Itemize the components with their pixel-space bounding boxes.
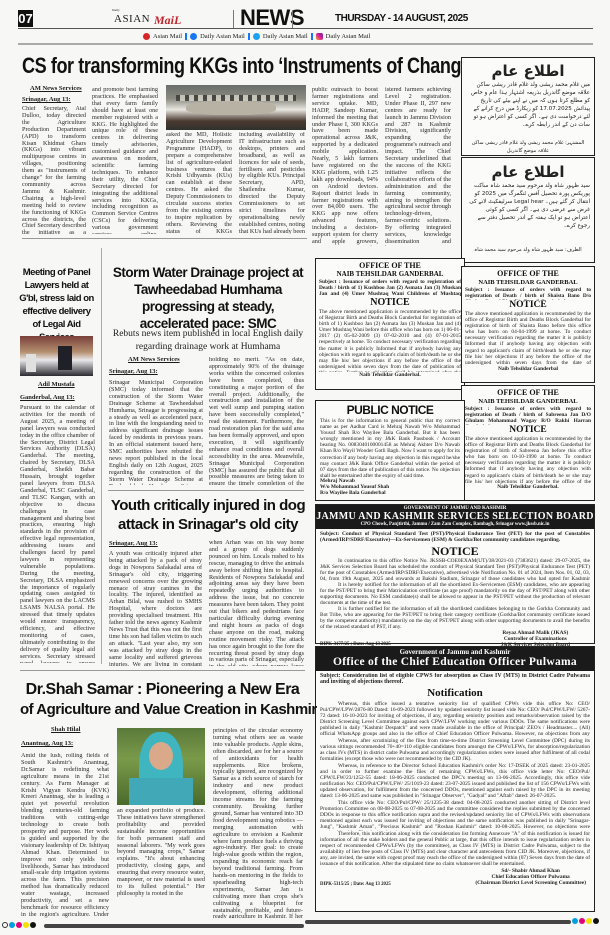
black-dot: [30, 922, 36, 928]
storm-water-col-2: holding no merit. "As on date, approxima…: [209, 357, 304, 485]
brand-small: Daily: [112, 8, 120, 12]
jkssb-address: CPO Chowk, Panjtirthi, Jammu / Zam Zam C…: [316, 522, 594, 527]
footer-bar-left: [44, 924, 304, 928]
urdu-notice-body: سید ظہور شاہ ولد مرحوم سید محمد شاہ ساکت…: [462, 182, 594, 246]
jkssb-para-2: It is hereby notified for the informatio…: [320, 582, 590, 606]
notice-signature: Naib Tehsildar Ganderbal: [465, 366, 591, 372]
urdu-notice-2: اطلاع عام سید ظہور شاہ ولد مرحوم سید محم…: [461, 157, 595, 263]
facebook-icon[interactable]: [190, 33, 197, 40]
notice-body: The above mentioned application is recom…: [465, 311, 591, 366]
urdu-notice-title: اطلاع عام: [462, 162, 594, 182]
panel-lawyers-headline: Meeting of Panel Lawyers held at G'bl, s…: [18, 266, 95, 344]
lead-photo-meeting: [166, 85, 306, 130]
shah-samar-dateline: Anantnag, Aug 13:: [21, 740, 73, 747]
ceo-subject: Subject: Consideration list of eligible …: [320, 673, 590, 686]
lead-dateline: Srinagar, Aug 13:: [22, 96, 71, 103]
registration-marks-left: [2, 922, 36, 928]
jkssb-notice-title: NOTICE: [320, 544, 590, 558]
ceo-para-5: Therefore, this notification along with …: [320, 831, 590, 868]
notice-office: OFFICE OF THE: [465, 388, 591, 397]
registration-marks-right: [572, 918, 599, 924]
public-notice: PUBLIC NOTICE This is for the informatio…: [315, 400, 465, 501]
instagram-icon[interactable]: [316, 33, 323, 40]
storm-water-dateline: Srinagar, Aug 13:: [109, 368, 158, 375]
notice-office-name: NAIB TEHSILDAR GANDERBAL: [465, 397, 591, 406]
ceo-para-1: Whereas, this office issued a tentative …: [320, 701, 590, 738]
public-notice-title: PUBLIC NOTICE: [320, 403, 460, 417]
storm-water-col-1: Srinagar Municipal Corporation (SMC) tod…: [109, 380, 203, 485]
storm-water-headline: Storm Water Drainage project at Tawheeda…: [108, 264, 308, 332]
social-link-instagram[interactable]: Daily Asian Mail: [326, 33, 371, 40]
ceo-pulwama-notice: Government of Jammu and Kashmir Office o…: [315, 646, 595, 912]
brand-name-part1: ASIAN: [114, 13, 150, 25]
panel-lawyers-body: Pursuant to the calendar of activities f…: [20, 405, 95, 663]
jkssb-title: JAMMU AND KASHMIR SERVICES SELECTION BOA…: [316, 511, 594, 522]
jkssb-header: GOVERNMENT OF JAMMU AND KASHMIR JAMMU AN…: [316, 505, 594, 529]
page-number-badge: 07: [18, 10, 33, 27]
panel-lawyers-photo: [20, 336, 93, 376]
lead-byline: AM News Services: [30, 85, 82, 92]
naib-notice-2: OFFICE OF THE NAIB TEHSILDAR GANDERBAL S…: [461, 266, 595, 383]
notice-office: OFFICE OF THE: [319, 261, 461, 270]
shah-samar-headline-2: of Agriculture and Value Creation in Kas…: [20, 700, 305, 719]
ceo-para-2: Whereas, after scrutinizing of the files…: [320, 738, 590, 763]
ceo-gov: Government of Jammu and Kashmir: [316, 648, 594, 656]
ceo-header: Government of Jammu and Kashmir Office o…: [316, 647, 594, 671]
public-notice-body: This is for the information to general p…: [320, 418, 460, 478]
masthead-rule-lower: [18, 43, 593, 45]
notice-subject: Subject : Issuance of orders with regard…: [319, 279, 461, 297]
panel-lawyers-byline: Adil Mustafa: [38, 381, 75, 388]
jkssb-para-3: It is further notified for the informati…: [320, 606, 590, 630]
public-notice-sign-address: R/o Wayilee Bala Ganderbal: [320, 490, 460, 496]
notice-subject: Subject : Issuance of orders with regard…: [465, 287, 591, 300]
divider: [292, 10, 293, 28]
separator: [185, 33, 187, 40]
urdu-notice-1: اطلاع عام میں غلام محمد ریشی ولد غلام قا…: [461, 57, 595, 156]
separator: [311, 33, 313, 40]
ceo-para-4: This office vide No: CEO/Pul/CPW/ 25/123…: [320, 800, 590, 831]
dog-attack-col-1: A youth was critically injured after bei…: [109, 551, 202, 666]
notice-title: NOTICE: [319, 297, 461, 309]
yellow-dot: [586, 918, 592, 924]
shah-samar-headline-1: Dr.Shah Samar : Pioneering a New Era: [20, 680, 305, 699]
notice-body: The above mentioned application is recom…: [319, 309, 461, 372]
social-bar: Asian Mail Daily Asian Mail Daily Asian …: [143, 31, 370, 41]
social-link-facebook[interactable]: Daily Asian Mail: [200, 33, 245, 40]
lead-col-1: Chief Secretary, Atal Dulloo, today dire…: [22, 106, 86, 234]
twitter-icon[interactable]: [253, 33, 260, 40]
yellow-dot: [23, 922, 29, 928]
urdu-notice-signature: المشتہر: غلام محمد ریشی ولد غلام قادر ری…: [462, 139, 594, 155]
urdu-notice-title: اطلاع عام: [462, 61, 594, 81]
magenta-dot: [16, 922, 22, 928]
ceo-sign-committee: (Chairman District Level Screening Commi…: [475, 880, 586, 886]
notice-office-name: NAIB TEHSILDAR GANDERBAL: [465, 278, 591, 287]
lead-col-6: istered farmers achieving Level 2 regist…: [385, 87, 451, 246]
naib-notice-3: OFFICE OF THE NAIB TEHSILDAR GANDERBAL S…: [461, 385, 595, 501]
dog-attack-dateline: Srinagar, Aug 13:: [109, 540, 158, 547]
ceo-notification-title: Notification: [320, 686, 590, 701]
notice-body: The above mentioned application is recom…: [465, 436, 591, 484]
notice-signature: Naib Tehsildar Ganderbal.: [319, 372, 461, 378]
naib-notice-1: OFFICE OF THE NAIB TEHSILDAR GANDERBAL S…: [315, 258, 465, 390]
footer-bar-right: [305, 920, 571, 924]
notice-title: NOTICE: [465, 425, 591, 436]
black-dot: [593, 918, 599, 924]
jkssb-notice: GOVERNMENT OF JAMMU AND KASHMIR JAMMU AN…: [315, 504, 595, 644]
notice-office: OFFICE OF THE: [465, 269, 591, 278]
page-number: 07: [18, 11, 32, 26]
storm-water-byline: AM News Services: [128, 356, 180, 363]
section-divider: [20, 670, 305, 671]
shah-samar-photo: [117, 728, 205, 805]
cyan-dot: [9, 922, 15, 928]
lead-col-4: including availability of IT infrastruct…: [239, 132, 305, 234]
ceo-ref: DIPK-5315/25 ; Date: Aug 13 2025: [320, 882, 391, 888]
section-divider: [108, 490, 304, 491]
notice-office-name: NAIB TEHSILDAR GANDERBAL: [319, 270, 461, 279]
separator: [248, 33, 250, 40]
urdu-notice-body: میں غلام محمد ریشی ولد غلام قادر ریشی سا…: [462, 81, 594, 139]
social-link-twitter[interactable]: Daily Asian Mail: [263, 33, 308, 40]
panel-lawyers-dateline: Ganderbal, Aug 13:: [20, 394, 75, 401]
lead-col-5: public outreach to boost farmer registra…: [312, 87, 378, 246]
urdu-notice-signature: الطرف: سید ظہور شاہ ولد مرحوم سید محمد ش…: [462, 246, 594, 254]
storm-water-subhead: Rebuts news item published in local Engl…: [108, 328, 308, 354]
jkssb-subject: Subject: Conduct of Physical Standard Te…: [320, 531, 590, 544]
lead-col-3: asked the MD, Holistic Agriculture Devel…: [166, 132, 232, 234]
column-rule: [101, 248, 102, 664]
ceo-para-3: Whereas, in reference to the Director Sc…: [320, 763, 590, 800]
brand-name-part2: MaiL: [154, 13, 181, 28]
cyan-dot: [572, 918, 578, 924]
shah-samar-byline: Shah Hilal: [51, 726, 80, 733]
crosshair-icon: [2, 922, 8, 928]
notice-title: NOTICE: [465, 300, 591, 311]
notice-subject: Subject : Issuance of orders with regard…: [465, 406, 591, 425]
magenta-dot: [579, 918, 585, 924]
dog-attack-headline: Youth critically injured in dog attack i…: [108, 496, 308, 534]
jkssb-para-1: In continuation to this office Notice No…: [320, 558, 590, 582]
youtube-icon[interactable]: [143, 33, 150, 40]
divider: [233, 10, 234, 28]
section-title: NEWS: [240, 7, 304, 29]
issue-date: THURSDAY - 14 AUGUST, 2025: [335, 13, 468, 24]
notice-signature: Naib Tehsildar Ganderbal.: [465, 484, 591, 490]
social-link-youtube[interactable]: Asian Mail: [153, 33, 182, 40]
section-divider: [22, 238, 307, 239]
shah-samar-col-1: Amid the lush, rolling fields of South K…: [21, 753, 109, 918]
shah-samar-col-3: principles of the circular economy turni…: [213, 728, 303, 918]
brand-logo: Daily ASIAN MaiL: [112, 8, 192, 30]
masthead-rule: [18, 28, 593, 29]
ceo-title: Office of the Chief Education Officer Pu…: [316, 656, 594, 669]
shah-samar-col-2: an expanded portfolio of produce. These …: [117, 808, 205, 918]
dog-attack-col-2: when Arhan was on his way home and a gro…: [209, 540, 304, 666]
lead-col-2: and promote best farming practices. He e…: [92, 87, 158, 234]
